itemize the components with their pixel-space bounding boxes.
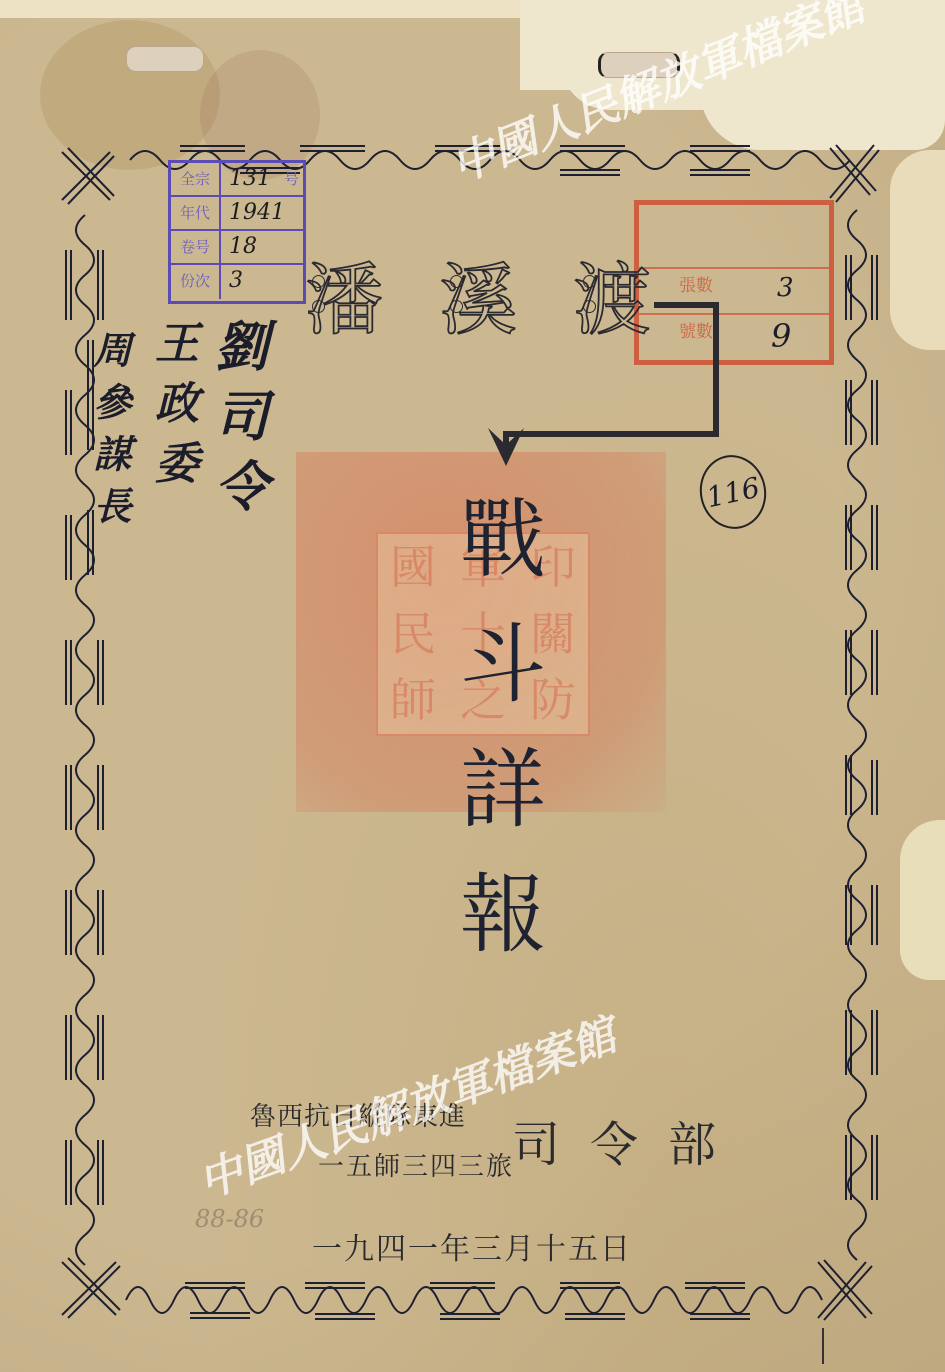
- handwritten-recipient: 王政委: [140, 320, 204, 500]
- corner-cross-icon: [830, 145, 879, 202]
- decorative-dot-icon: [312, 275, 325, 288]
- seal-char: 民: [378, 601, 448, 668]
- seal-char: 國: [378, 534, 448, 601]
- archive-row-copy: 份次 3: [171, 265, 303, 299]
- pencil-note: 88-86: [195, 1205, 264, 1233]
- archive-row-volume: 卷号 18: [171, 231, 303, 265]
- archive-row-year: 年代 1941: [171, 197, 303, 231]
- title-char: 詳: [448, 728, 558, 853]
- copy-value: 3: [221, 265, 303, 299]
- decorative-dot-icon: [450, 300, 463, 313]
- archive-suffix: 号: [284, 163, 299, 195]
- handwritten-recipient: 劉司令: [200, 318, 277, 528]
- seal-char: 師: [378, 667, 448, 734]
- decorative-dot-icon: [583, 275, 596, 288]
- archive-value: 131号: [221, 163, 303, 195]
- title-char: 戰: [448, 478, 558, 603]
- ink-mark: [822, 1328, 824, 1364]
- down-arrow-icon: [470, 300, 730, 470]
- archive-label: 份次: [171, 265, 221, 299]
- handwritten-recipient: 周參謀長: [82, 330, 137, 538]
- volume-value: 18: [221, 231, 303, 263]
- archive-label: 全宗: [171, 163, 221, 195]
- document-date: 一九四一年三月十五日: [312, 1224, 632, 1268]
- year-value: 1941: [221, 197, 303, 229]
- decorative-dot-icon: [312, 300, 325, 313]
- archive-label: 年代: [171, 197, 221, 229]
- page-number: 116: [703, 470, 762, 513]
- fonds-number: 131: [229, 166, 271, 191]
- archive-catalog-stamp: 全宗 131号 年代 1941 卷号 18 份次 3: [168, 160, 306, 304]
- corner-cross-icon: [62, 148, 114, 204]
- archive-label: 卷号: [171, 231, 221, 263]
- issuer-headquarters: 司令部: [512, 1106, 746, 1175]
- sheet-count-value: 3: [777, 273, 794, 303]
- corner-cross-icon: [818, 1260, 872, 1320]
- main-title-vertical: 戰 斗 詳 報: [448, 478, 558, 978]
- title-char: 報: [448, 853, 558, 978]
- corner-cross-icon: [62, 1258, 120, 1318]
- serial-number-value: 9: [771, 317, 791, 355]
- title-char: 斗: [448, 603, 558, 728]
- decorative-dot-icon: [450, 275, 463, 288]
- archive-row-fonds: 全宗 131号: [171, 163, 303, 197]
